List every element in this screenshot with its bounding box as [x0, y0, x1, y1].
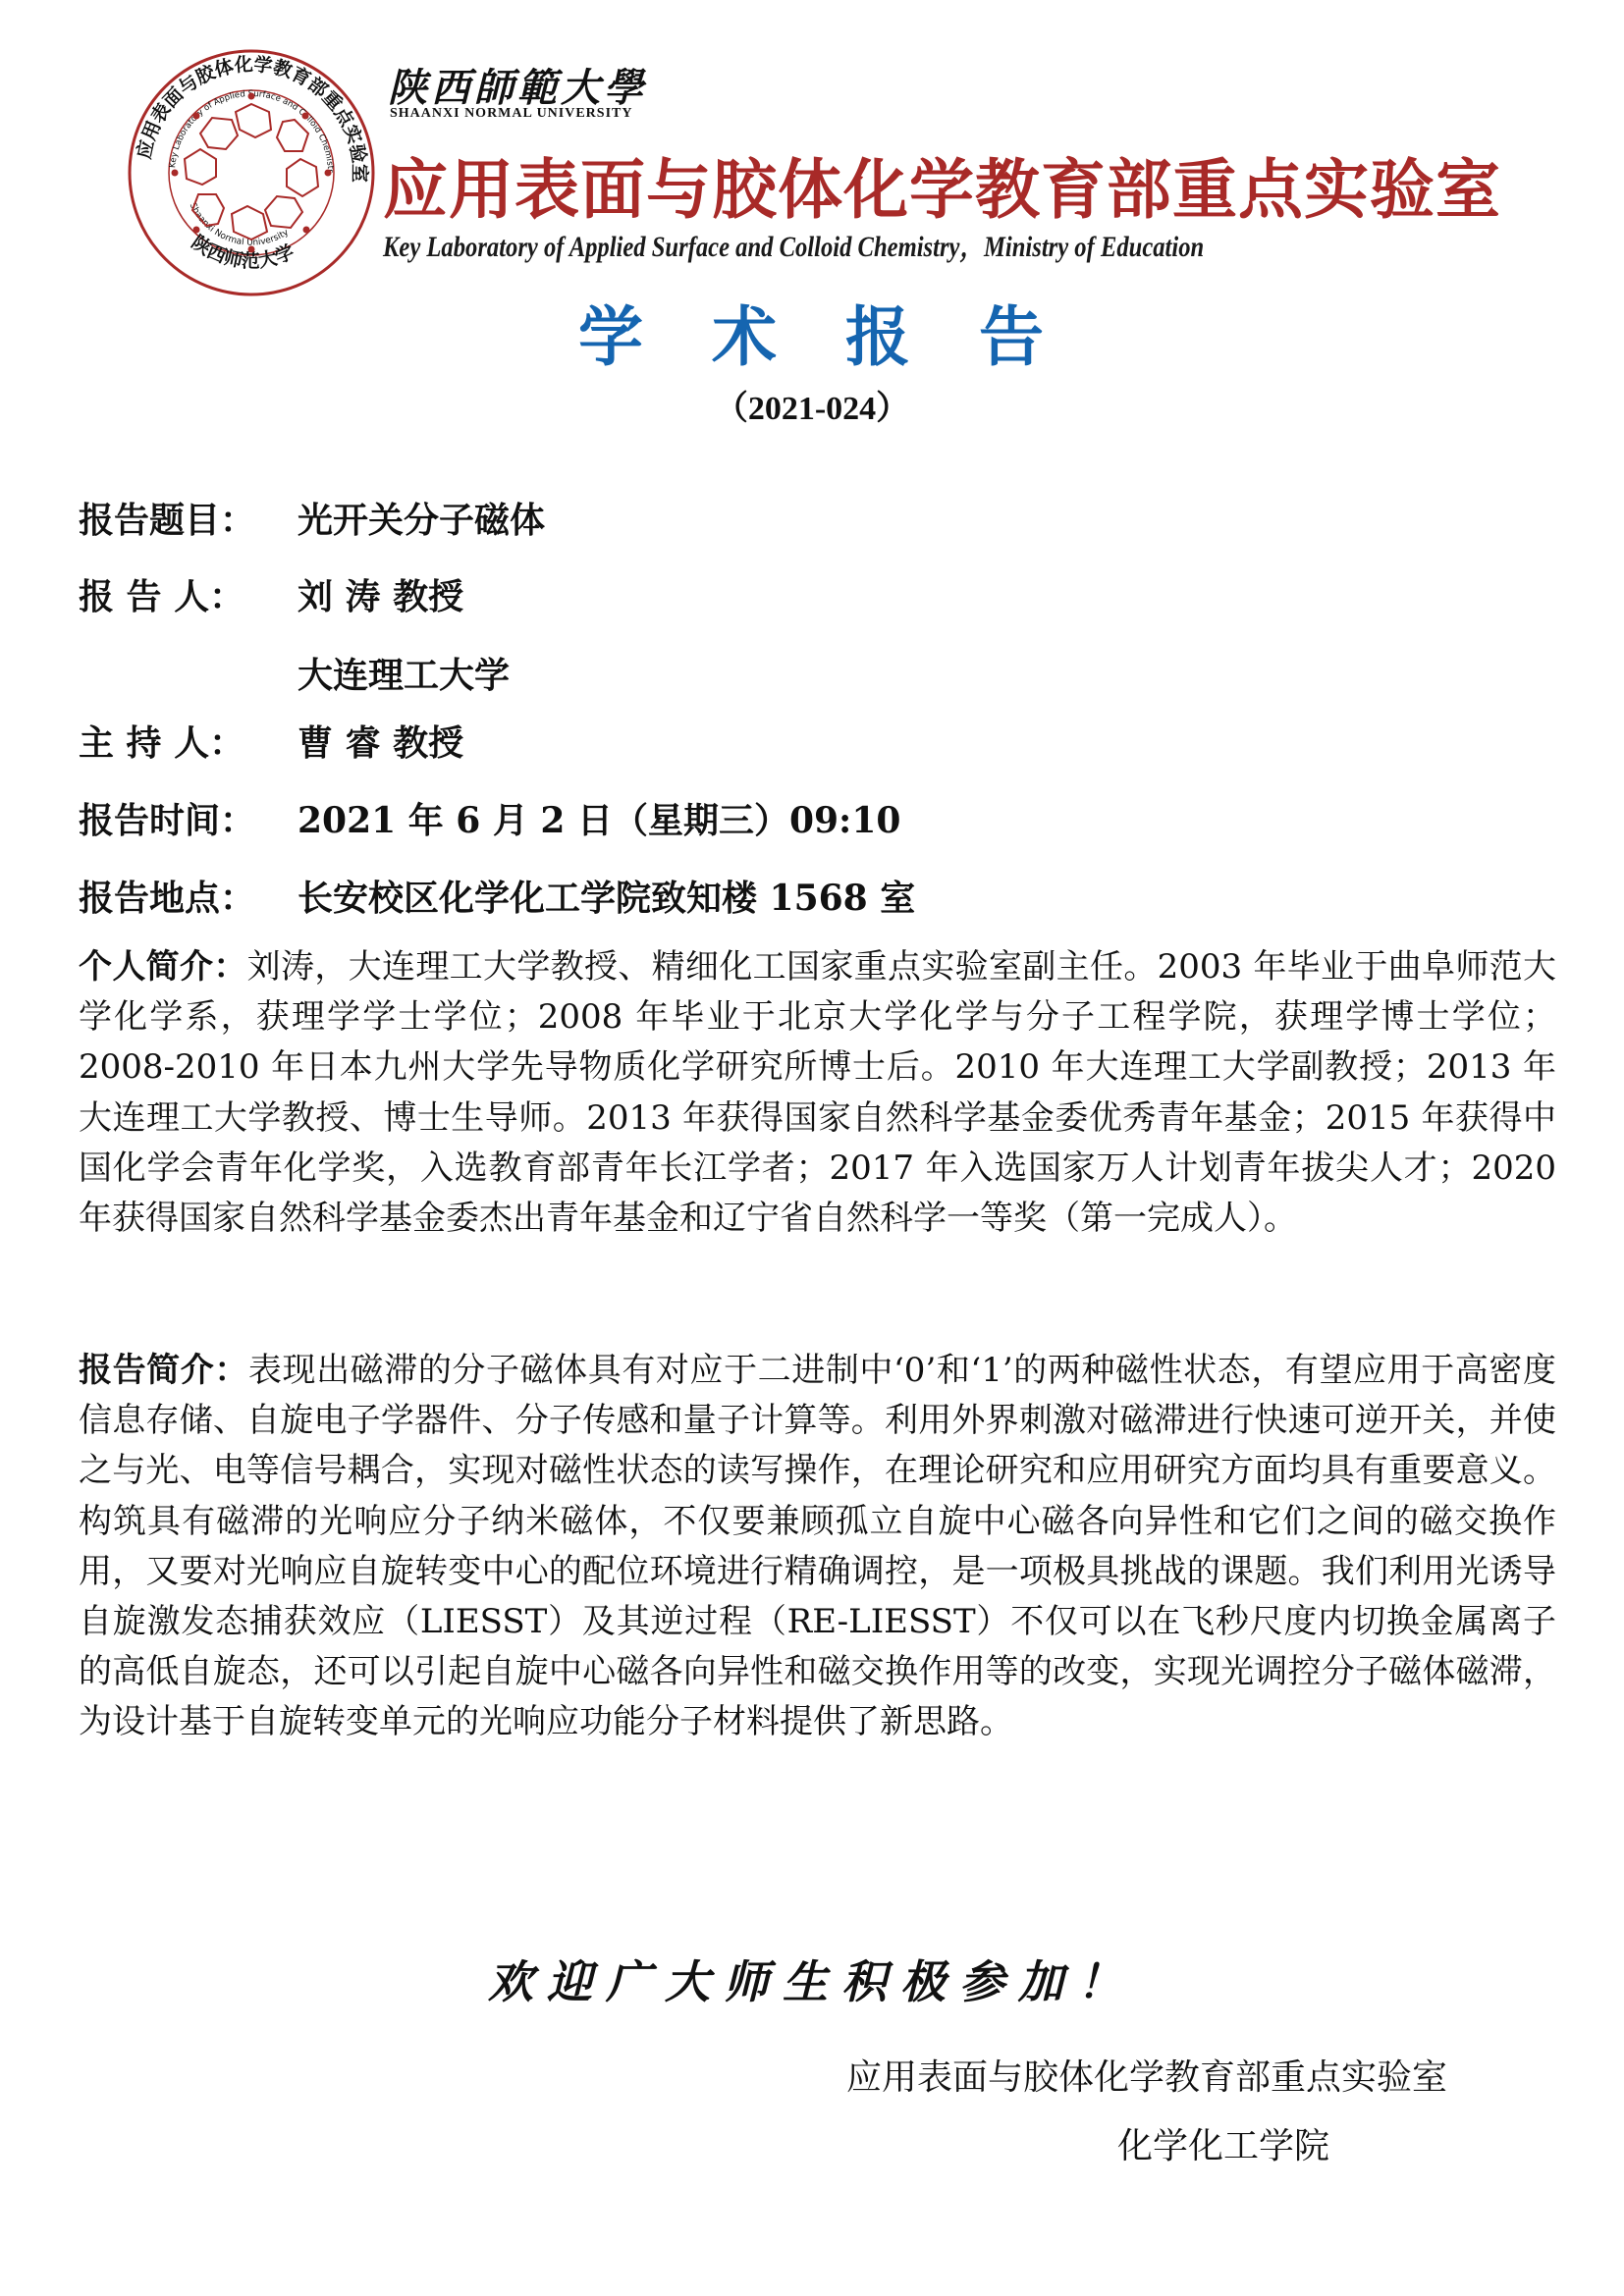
title-char: 告 [979, 285, 1046, 378]
field-label-time: 报告时间： [79, 793, 255, 843]
page-title: 学术报告 [0, 285, 1624, 378]
field-label-host: 主 持 人： [79, 716, 244, 766]
signoff-lab: 应用表面与胶体化学教育部重点实验室 [846, 2050, 1447, 2100]
field-label-topic: 报告题目： [79, 493, 255, 543]
field-value-speaker-affiliation: 大连理工大学 [298, 648, 510, 698]
welcome-message: 欢迎广大师生积极参加！ [0, 1947, 1624, 2011]
report-number: （2021-024） [0, 381, 1624, 429]
bio-paragraph: 个人简介：刘涛，大连理工大学教授、精细化工国家重点实验室副主任。2003 年毕业… [79, 942, 1556, 1244]
field-label-location: 报告地点： [79, 871, 255, 921]
signoff-college: 化学化工学院 [1117, 2118, 1329, 2168]
field-value-time: 2021 年 6 月 2 日（星期三）09:10 [298, 793, 900, 843]
abstract-label: 报告简介： [79, 1351, 248, 1390]
title-char: 报 [845, 285, 912, 378]
field-label-speaker: 报 告 人： [79, 569, 244, 619]
lab-name-english: Key Laboratory of Applied Surface and Co… [383, 222, 1204, 265]
lab-seal-logo: 应用表面与胶体化学教育部重点实验室 Key Laboratory of Appl… [126, 47, 377, 298]
title-char: 术 [712, 285, 779, 378]
svg-text:应用表面与胶体化学教育部重点实验室: 应用表面与胶体化学教育部重点实验室 [133, 53, 371, 183]
field-value-location: 长安校区化学化工学院致知楼 1568 室 [298, 871, 915, 921]
abstract-paragraph: 报告简介：表现出磁滞的分子磁体具有对应于二进制中‘0’和‘1’的两种磁性状态，有… [79, 1346, 1556, 1748]
university-english-name: SHAANXI NORMAL UNIVERSITY [390, 106, 632, 122]
field-value-speaker: 刘 涛 教授 [298, 569, 463, 619]
title-char: 学 [578, 285, 645, 378]
lab-name-chinese: 应用表面与胶体化学教育部重点实验室 [383, 137, 1501, 231]
bio-text: 刘涛，大连理工大学教授、精细化工国家重点实验室副主任。2003 年毕业于曲阜师范… [79, 947, 1556, 1238]
abstract-text: 表现出磁滞的分子磁体具有对应于二进制中‘0’和‘1’的两种磁性状态，有望应用于高… [79, 1351, 1556, 1741]
field-value-host: 曹 睿 教授 [298, 716, 463, 766]
bio-label: 个人简介： [79, 947, 247, 987]
university-calligraphy-name: 陕西師範大學 [388, 57, 647, 113]
field-value-topic: 光开关分子磁体 [298, 493, 545, 543]
seal-outer-text: 应用表面与胶体化学教育部重点实验室 [133, 53, 371, 183]
